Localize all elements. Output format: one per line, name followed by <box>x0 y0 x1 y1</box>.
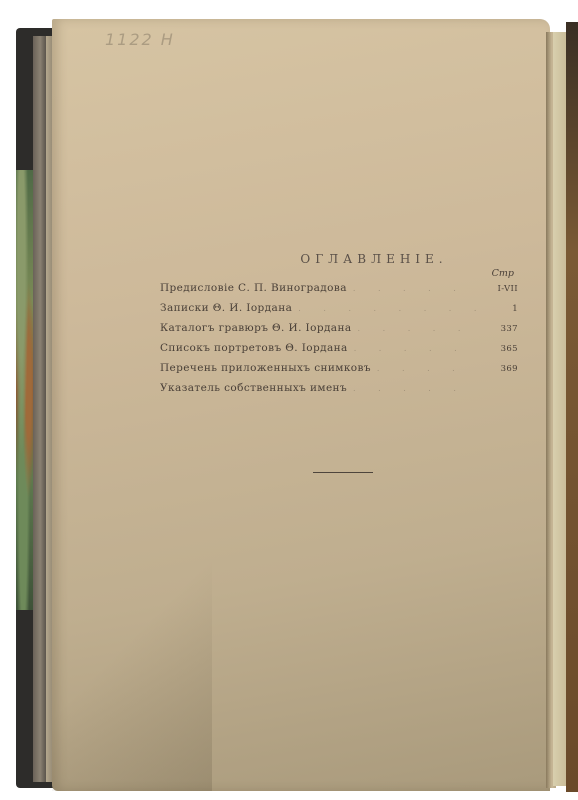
toc-entry-label: Указатель собственныхъ именъ <box>160 382 347 394</box>
toc-entry-page: 1 <box>484 304 518 314</box>
leader-dots <box>298 304 478 313</box>
book-front-cover <box>566 22 578 792</box>
facing-page-edge <box>553 32 567 786</box>
leader-dots <box>354 344 478 353</box>
toc-entry-page: 365 <box>484 344 518 354</box>
book-page <box>52 19 550 791</box>
toc-entry-label: Списокъ портретовъ Θ. Іордана <box>160 342 348 354</box>
toc-entry: Предисловіе С. П. ВиноградоваI-VII <box>160 282 518 302</box>
toc-entry-label: Записки Θ. И. Іордана <box>160 302 292 314</box>
toc-entry: Перечень приложенныхъ снимковъ369 <box>160 362 518 382</box>
table-of-contents: ОГЛАВЛЕНІЕ. Стр Предисловіе С. П. Виногр… <box>160 252 518 402</box>
decorative-rule <box>313 472 373 473</box>
toc-entry-page: I-VII <box>484 284 518 294</box>
leader-dots <box>358 324 478 333</box>
toc-entry: Каталогъ гравюръ Θ. И. Іордана337 <box>160 322 518 342</box>
leader-dots <box>353 384 478 393</box>
leader-dots <box>353 284 478 293</box>
toc-entry-label: Каталогъ гравюръ Θ. И. Іордана <box>160 322 352 334</box>
handwritten-pencil-note: 1122 Н <box>105 30 175 49</box>
toc-entry-page: 369 <box>484 364 518 374</box>
toc-entry: Указатель собственныхъ именъ <box>160 382 518 402</box>
toc-title: ОГЛАВЛЕНІЕ. <box>160 252 518 266</box>
page-column-label: Стр <box>160 268 518 282</box>
marbled-endpaper <box>16 170 34 610</box>
leader-dots <box>377 364 478 373</box>
toc-entry-page: 337 <box>484 324 518 334</box>
toc-entry: Списокъ портретовъ Θ. Іордана365 <box>160 342 518 362</box>
toc-entry-label: Предисловіе С. П. Виноградова <box>160 282 347 294</box>
toc-entry-label: Перечень приложенныхъ снимковъ <box>160 362 371 374</box>
toc-entry: Записки Θ. И. Іордана1 <box>160 302 518 322</box>
